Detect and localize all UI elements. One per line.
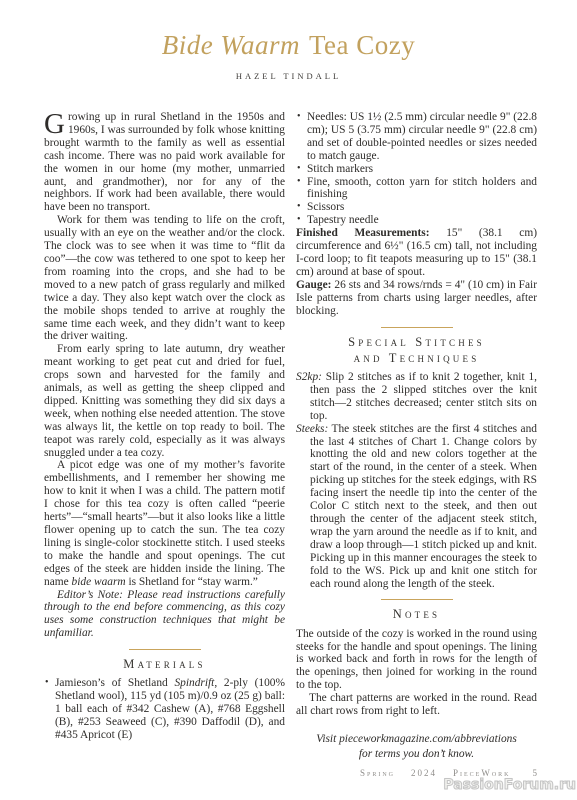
steeks-definition: Steeks: The steek stitches are the first…	[296, 423, 537, 591]
heading-line: Special Stitches	[348, 335, 485, 349]
list-item-needles: • Needles: US 1½ (2.5 mm) circular needl…	[296, 111, 537, 163]
list-item-cotton-yarn: • Fine, smooth, cotton yarn for stitch h…	[296, 176, 537, 202]
title-regular-part: Tea Cozy	[309, 30, 415, 60]
list-item-text: Stitch markers	[307, 163, 373, 175]
gold-rule	[129, 649, 201, 650]
steeks-term: Steeks:	[296, 423, 328, 435]
paragraph-intro: Growing up in rural Shetland in the 1950…	[44, 111, 285, 214]
article-header: Bide WaarmTea Cozy HAZEL TINDALL	[0, 30, 577, 81]
article-title: Bide WaarmTea Cozy	[0, 30, 577, 61]
gauge-text: 26 sts and 34 rows/rnds = 4" (10 cm) in …	[296, 279, 537, 317]
list-item-tapestry-needle: • Tapestry needle	[296, 214, 537, 227]
paragraph-text: A picot edge was one of my mother’s favo…	[44, 459, 285, 587]
italic-term: bide waarm	[72, 576, 126, 588]
s2kp-term: S2kp:	[296, 371, 322, 383]
list-item-text: Tapestry needle	[307, 214, 379, 226]
abbreviations-note-line: for terms you don’t know.	[296, 747, 537, 762]
paragraph-text: is Shetland for “stay warm.”	[126, 576, 258, 588]
right-column: • Needles: US 1½ (2.5 mm) circular needl…	[296, 111, 537, 762]
paragraph: From early spring to late autumn, dry we…	[44, 343, 285, 459]
list-item-scissors: • Scissors	[296, 201, 537, 214]
bullet-icon: •	[297, 214, 301, 227]
s2kp-definition: S2kp: Slip 2 stitches as if to knit 2 to…	[296, 371, 537, 423]
paragraph: Work for them was tending to life on the…	[44, 214, 285, 343]
heading-line: and Techniques	[354, 351, 480, 365]
drop-cap: G	[44, 111, 68, 136]
list-item-text: Fine, smooth, cotton yarn for stitch hol…	[307, 176, 537, 201]
gold-rule	[381, 599, 453, 600]
s2kp-text: Slip 2 stitches as if to knit 2 together…	[310, 371, 537, 422]
bullet-icon: •	[297, 176, 301, 189]
list-item-text: Scissors	[307, 201, 344, 213]
special-stitches-heading: Special Stitchesand Techniques	[296, 334, 537, 367]
byline: HAZEL TINDALL	[0, 71, 577, 81]
special-stitches-section-heading: Special Stitchesand Techniques	[296, 318, 537, 372]
notes-section-heading: Notes	[296, 590, 537, 627]
bullet-icon: •	[45, 677, 49, 690]
materials-text: Jamieson’s of Shetland	[55, 677, 174, 689]
steeks-text: The steek stitches are the first 4 stitc…	[310, 423, 537, 590]
finished-measurements: Finished Measurements: 15" (38.1 cm) cir…	[296, 227, 537, 279]
notes-paragraph: The chart patterns are worked in the rou…	[296, 692, 537, 718]
finished-measurements-label: Finished Measurements:	[296, 227, 430, 239]
paragraph-text: rowing up in rural Shetland in the 1950s…	[44, 111, 285, 213]
materials-item-text: Jamieson’s of Shetland Spindrift, 2-ply …	[55, 677, 285, 741]
list-item-stitch-markers: • Stitch markers	[296, 163, 537, 176]
magazine-page: Bide WaarmTea Cozy HAZEL TINDALL Growing…	[0, 0, 577, 800]
gauge-label: Gauge:	[296, 279, 331, 291]
title-italic-part: Bide Waarm	[162, 30, 300, 60]
abbreviations-note: Visit pieceworkmagazine.com/abbreviation…	[296, 732, 537, 762]
footer-season: Spring	[360, 768, 395, 778]
gold-rule	[381, 327, 453, 328]
watermark: PassionForum.ru	[443, 777, 576, 793]
materials-heading: Materials	[44, 656, 285, 672]
left-column: Growing up in rural Shetland in the 1950…	[44, 111, 285, 742]
materials-section-heading: Materials	[44, 640, 285, 677]
notes-heading: Notes	[296, 606, 537, 622]
materials-item: • Jamieson’s of Shetland Spindrift, 2-pl…	[44, 677, 285, 742]
editors-note: Editor’s Note: Please read instructions …	[44, 589, 285, 641]
notes-paragraph: The outside of the cozy is worked in the…	[296, 628, 537, 693]
footer-year: 2024	[411, 768, 437, 778]
list-item-text: Needles: US 1½ (2.5 mm) circular needle …	[307, 111, 537, 162]
bullet-icon: •	[297, 111, 301, 124]
paragraph: A picot edge was one of my mother’s favo…	[44, 459, 285, 588]
abbreviations-note-line: Visit pieceworkmagazine.com/abbreviation…	[296, 732, 537, 747]
bullet-icon: •	[297, 163, 301, 176]
yarn-name-italic: Spindrift	[174, 677, 214, 689]
bullet-icon: •	[297, 201, 301, 214]
gauge: Gauge: 26 sts and 34 rows/rnds = 4" (10 …	[296, 279, 537, 318]
